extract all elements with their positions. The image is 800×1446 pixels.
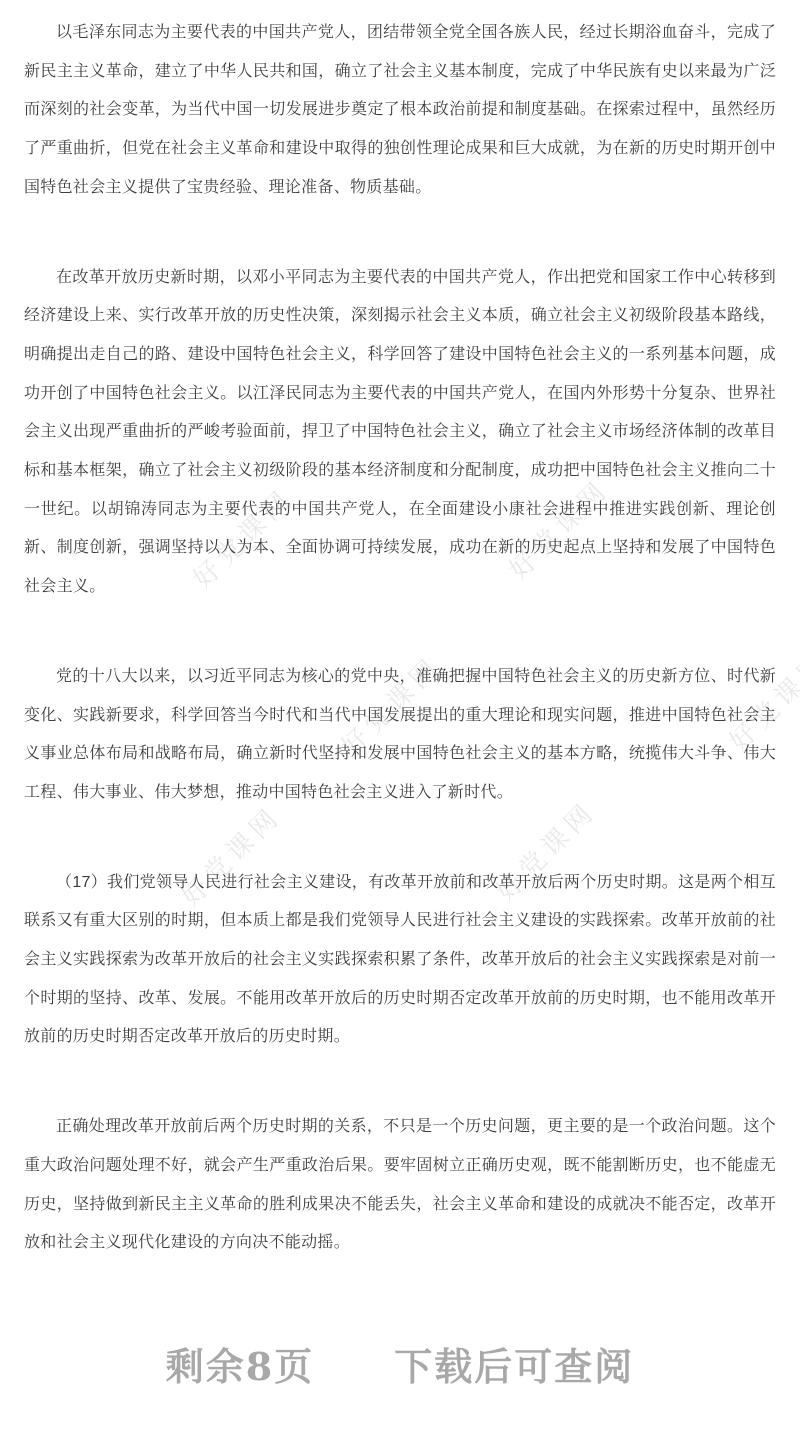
document-body: 以毛泽东同志为主要代表的中国共产党人，团结带领全党全国各族人民，经过长期浴血奋斗… (0, 0, 800, 1263)
paragraph: 党的十八大以来，以习近平同志为核心的党中央，准确把握中国特色社会主义的历史新方位… (24, 658, 776, 813)
paragraph: 在改革开放历史新时期，以邓小平同志为主要代表的中国共产党人，作出把党和国家工作中… (24, 259, 776, 607)
remaining-pages-notice: 剩余8页 下载后可查阅 (0, 1336, 800, 1391)
document-page: 好党课网 好党课网 好党课网 好党课网 好党课网 好党课网 以毛泽东同志为主要代… (0, 0, 800, 1446)
paragraph: （17）我们党领导人民进行社会主义建设，有改革开放前和改革开放后两个历史时期。这… (24, 864, 776, 1058)
paragraph: 以毛泽东同志为主要代表的中国共产党人，团结带领全党全国各族人民，经过长期浴血奋斗… (24, 14, 776, 208)
paragraph: 正确处理改革开放前后两个历史时期的关系，不只是一个历史问题，更主要的是一个政治问… (24, 1108, 776, 1263)
